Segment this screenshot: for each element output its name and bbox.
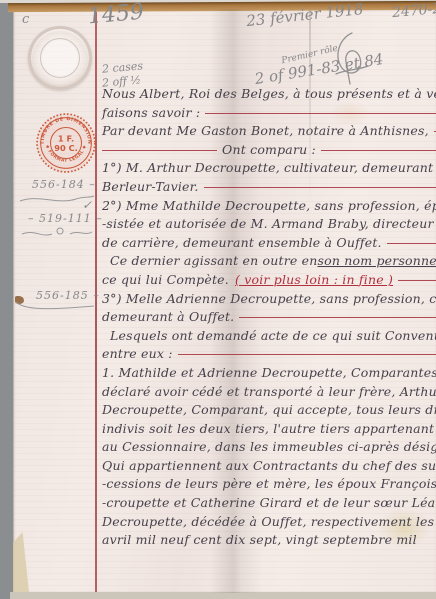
margin-ref-2: – 519-111 – (28, 212, 103, 225)
line-text: de carrière, demeurant ensemble à Ouffet… (102, 235, 382, 250)
line-text: ce qui lui Compète. (102, 272, 229, 287)
line-text: Qui appartiennent aux Contractants du ch… (102, 458, 436, 473)
stamp-value-centimes: 90 C. (54, 143, 78, 153)
manuscript-line: demeurant à Ouffet. (96, 309, 436, 328)
red-rule-filler (205, 113, 436, 114)
line-text: 2°) Mme Mathilde Decroupette, sans profe… (102, 198, 436, 213)
line-text: Berleur-Tavier. (102, 179, 199, 194)
manuscript-line: entre eux : (96, 346, 436, 365)
line-text: faisons savoir : (102, 105, 200, 120)
manuscript-line: déclaré avoir cédé et transporté à leur … (96, 384, 436, 403)
manuscript-line: 1°) M. Arthur Decroupette, cultivateur, … (96, 160, 436, 179)
line-text-underlined: son nom personnel pour (318, 253, 436, 268)
manuscript-line: 2°) Mme Mathilde Decroupette, sans profe… (96, 198, 436, 217)
manuscript-line: faisons savoir : (96, 105, 436, 124)
pencil-flourish (20, 226, 94, 242)
manuscript-line: Ce dernier agissant en outre en son nom … (96, 253, 436, 272)
manuscript-text-block: Nous Albert, Roi des Belges, à tous prés… (96, 86, 436, 556)
margin-ref-1: 556-184 – (32, 178, 96, 191)
manuscript-line: de carrière, demeurant ensemble à Ouffet… (96, 235, 436, 254)
line-text: 3°) Melle Adrienne Decroupette, sans pro… (102, 291, 436, 306)
manuscript-line: Lesquels ont demandé acte de ce qui suit… (96, 328, 436, 347)
red-rule-filler (239, 317, 436, 318)
manuscript-line: indivis soit les deux tiers, l'autre tie… (96, 421, 436, 440)
red-ink-annotation: ( voir plus loin : in fine ) (235, 272, 393, 287)
red-rule-filler (321, 150, 436, 151)
embossed-seal-inner-ring (40, 38, 80, 78)
line-text: 1°) M. Arthur Decroupette, cultivateur, … (102, 160, 436, 175)
line-text: 1. Mathilde et Adrienne Decroupette, Com… (102, 365, 436, 380)
manuscript-line: -sistée et autorisée de M. Armand Braby,… (96, 216, 436, 235)
red-rule-filler (387, 243, 436, 244)
manuscript-line: -croupette et Catherine Girard et de leu… (96, 495, 436, 514)
scanned-notarial-deed: TIMBRE DE DIMENSION ◆ FORMAT LÉGAL ◆ 1 F… (0, 0, 436, 599)
manuscript-line: 3°) Melle Adrienne Decroupette, sans pro… (96, 291, 436, 310)
check-mark: ✓ (82, 198, 92, 212)
line-text: Lesquels ont demandé acte de ce qui suit… (110, 328, 436, 343)
manuscript-line: -cessions de leurs père et mère, les épo… (96, 476, 436, 495)
red-rule-filler (102, 150, 217, 151)
paraph-signature-icon (322, 30, 374, 88)
manuscript-line: 1. Mathilde et Adrienne Decroupette, Com… (96, 365, 436, 384)
line-text: demeurant à Ouffet. (102, 309, 234, 324)
manuscript-line: Decroupette, décédée à Ouffet, respectiv… (96, 514, 436, 533)
manuscript-line: au Cessionnaire, dans les immeubles ci-a… (96, 439, 436, 458)
manuscript-line: Par devant Me Gaston Bonet, notaire à An… (96, 123, 436, 142)
line-text: au Cessionnaire, dans les immeubles ci-a… (102, 439, 436, 454)
line-text: Par devant Me Gaston Bonet, notaire à An… (102, 123, 429, 138)
revenue-stamp-icon: TIMBRE DE DIMENSION ◆ FORMAT LÉGAL ◆ 1 F… (34, 112, 98, 174)
scan-bottom-edge (10, 592, 436, 599)
line-text: -croupette et Catherine Girard et de leu… (102, 495, 435, 510)
manuscript-line: Qui appartiennent aux Contractants du ch… (96, 458, 436, 477)
line-text: Ce dernier agissant en outre en (110, 253, 318, 268)
line-text: entre eux : (102, 346, 173, 361)
red-rule-filler (398, 280, 436, 281)
line-text: Ont comparu : (222, 142, 316, 157)
corner-letter-mark: c (22, 12, 29, 27)
manuscript-line: Ont comparu : (96, 142, 436, 161)
red-rule-filler (204, 187, 436, 188)
folio-number: 1459 (87, 0, 145, 29)
manuscript-line: Berleur-Tavier. (96, 179, 436, 198)
manuscript-line: Nous Albert, Roi des Belges, à tous prés… (96, 86, 436, 105)
red-rule-filler (178, 354, 436, 355)
line-text: avril mil neuf cent dix sept, vingt sept… (102, 532, 417, 547)
line-text: Nous Albert, Roi des Belges, à tous prés… (102, 86, 436, 101)
manuscript-line: ce qui lui Compète.( voir plus loin : in… (96, 272, 436, 291)
line-text: -sistée et autorisée de M. Armand Braby,… (102, 216, 434, 231)
pencil-flourish (14, 298, 96, 314)
line-text: déclaré avoir cédé et transporté à leur … (102, 384, 436, 399)
manuscript-line: Decroupette, Comparant, qui accepte, tou… (96, 402, 436, 421)
embossed-blind-seal-icon (28, 26, 92, 90)
line-text: indivis soit les deux tiers, l'autre tie… (102, 421, 434, 436)
line-text: Decroupette, décédée à Ouffet, respectiv… (102, 514, 436, 529)
manuscript-line: avril mil neuf cent dix sept, vingt sept… (96, 532, 436, 551)
line-text: Decroupette, Comparant, qui accepte, tou… (102, 402, 436, 417)
line-text: -cessions de leurs père et mère, les épo… (102, 476, 436, 491)
